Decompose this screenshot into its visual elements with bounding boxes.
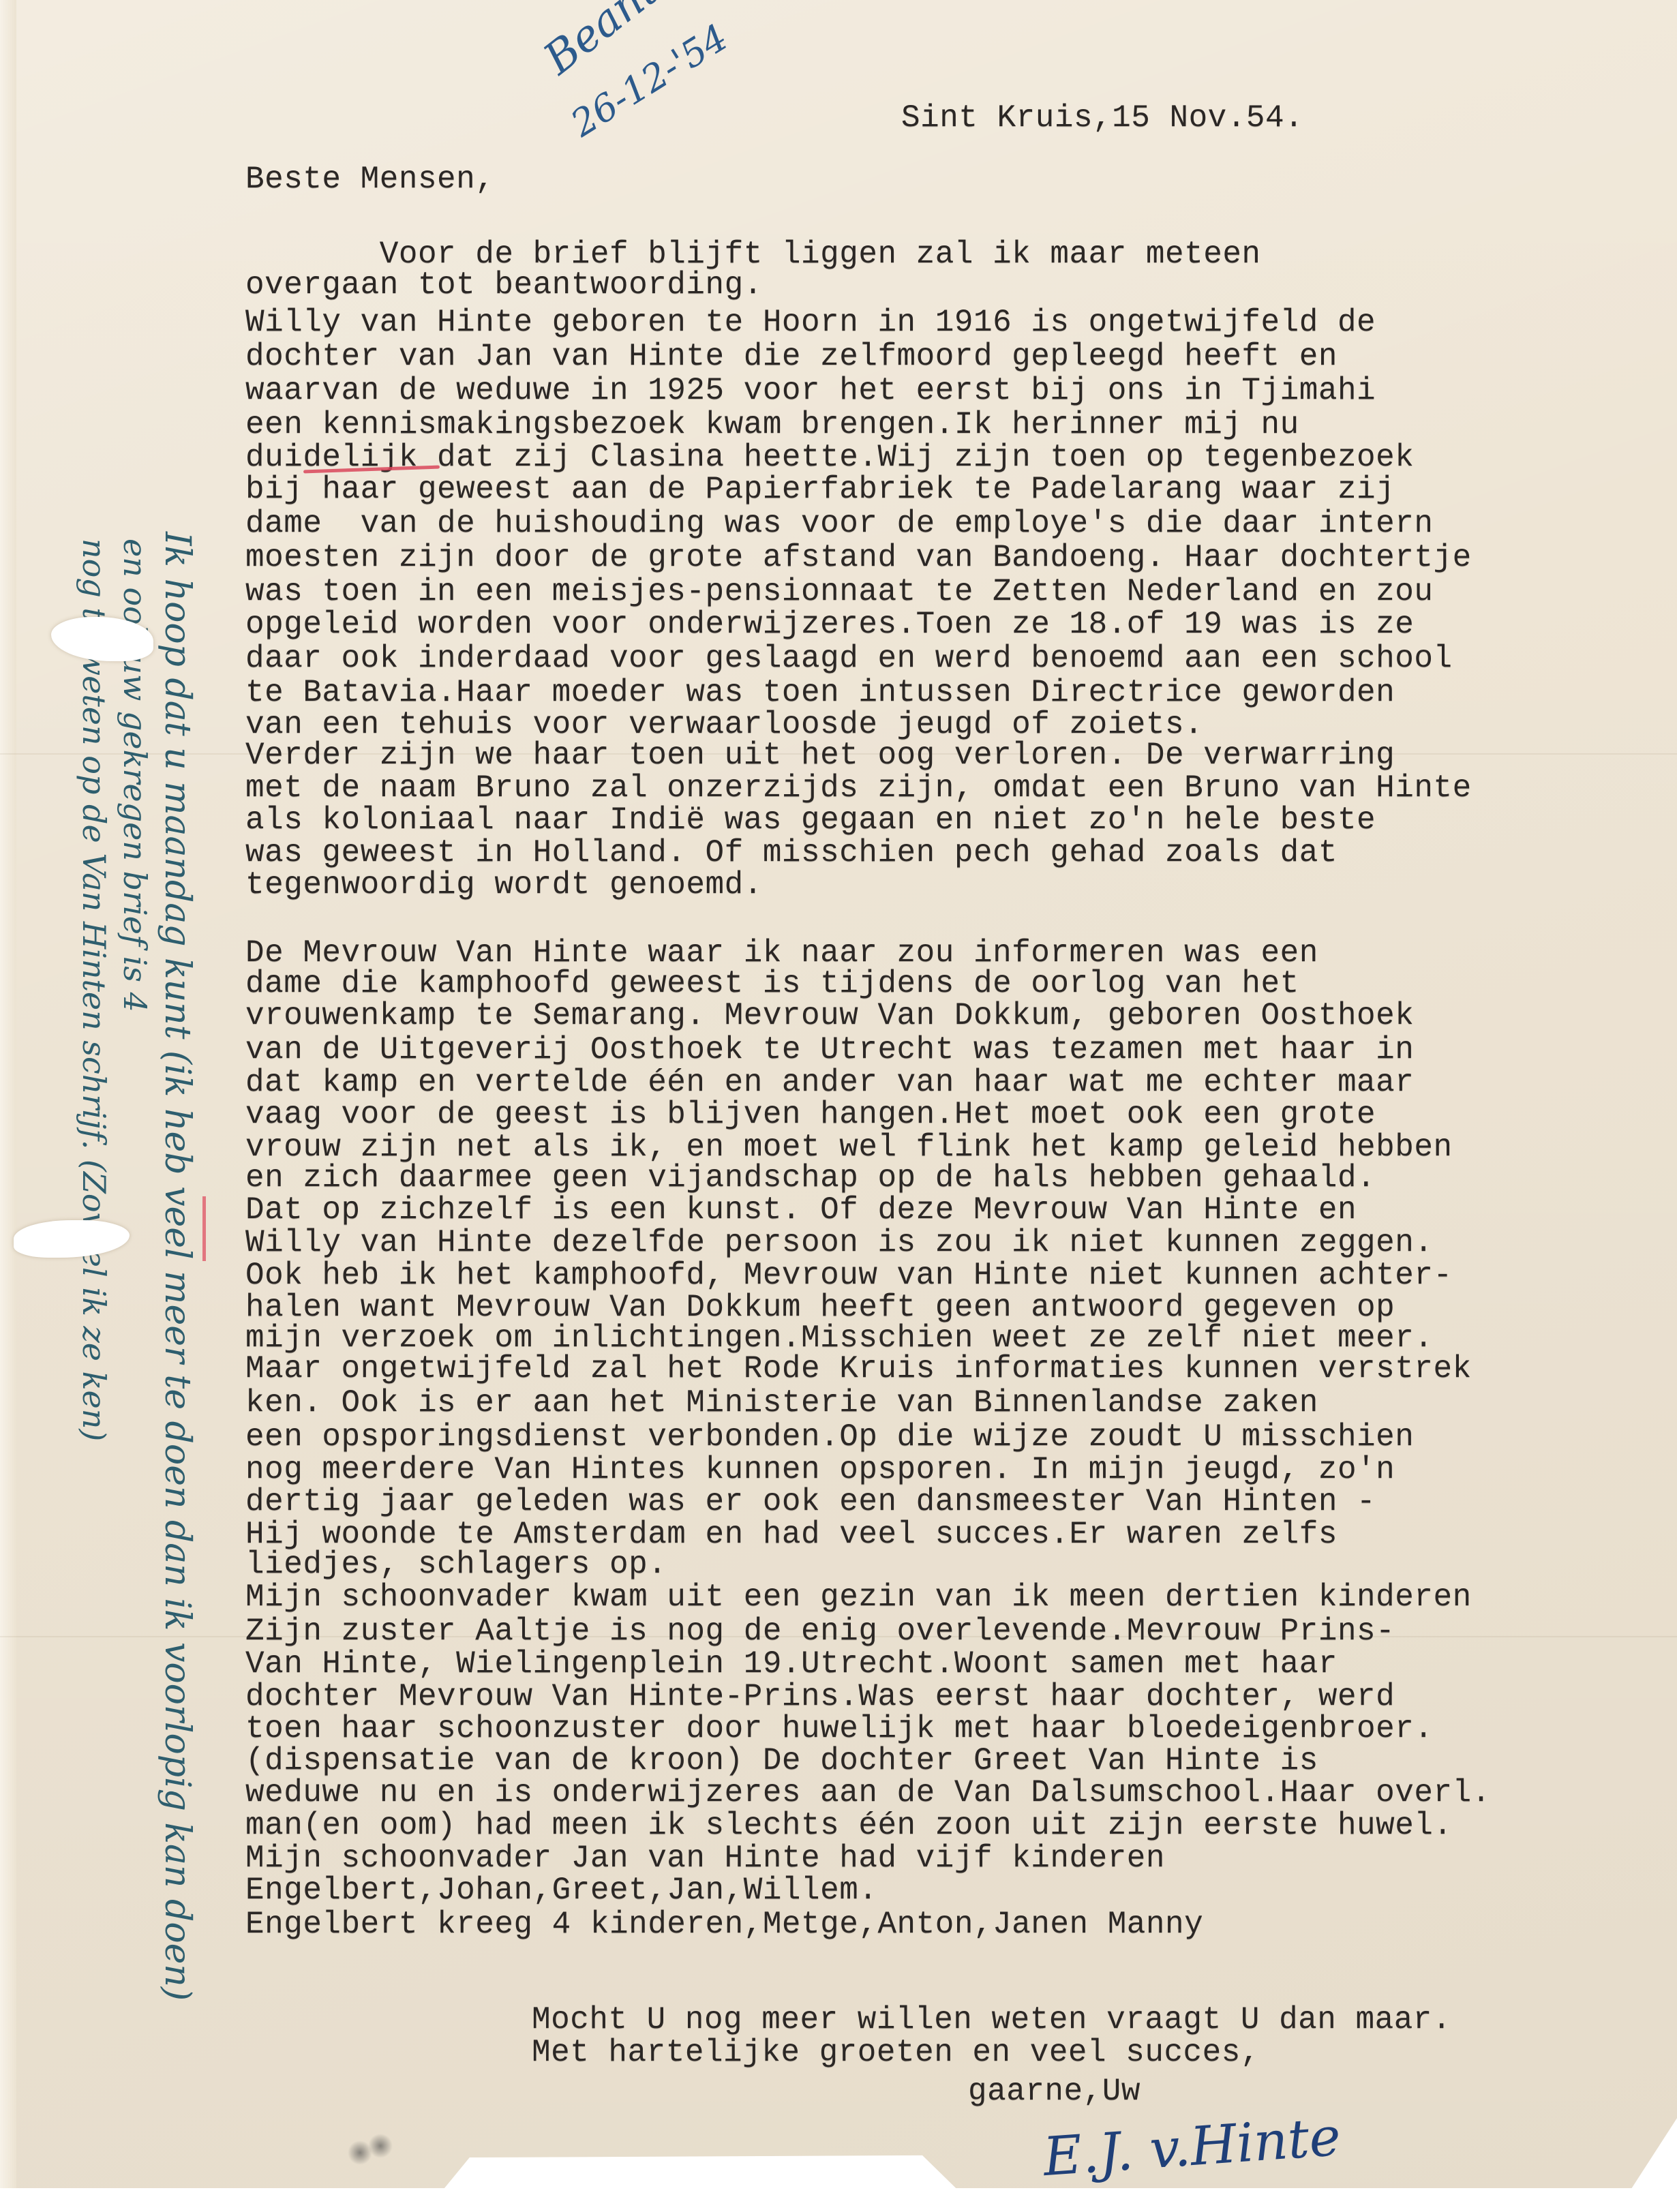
body-line: dame die kamphoofd geweest is tijdens de… xyxy=(245,968,1299,999)
paper-edge xyxy=(0,0,16,2188)
body-line: tegenwoordig wordt genoemd. xyxy=(245,869,763,900)
body-line: weduwe nu en is onderwijzeres aan de Van… xyxy=(245,1777,1491,1808)
ink-smudge xyxy=(368,2134,393,2158)
body-line: vrouwenkamp te Semarang. Mevrouw Van Dok… xyxy=(245,1000,1414,1031)
body-line: ken. Ook is er aan het Ministerie van Bi… xyxy=(245,1387,1318,1419)
body-line: Zijn zuster Aaltje is nog de enig overle… xyxy=(245,1616,1395,1647)
closing-line: Met hartelijke groeten en veel succes, xyxy=(532,2037,1260,2068)
body-line: Voor de brief blijft liggen zal ik maar … xyxy=(245,239,1261,270)
body-line: liedjes, schlagers op. xyxy=(245,1549,667,1580)
letter-paper: Beantwoord 26-12-'54 Sint Kruis,15 Nov.5… xyxy=(0,0,1677,2188)
body-line: Mijn schoonvader kwam uit een gezin van … xyxy=(245,1581,1472,1613)
body-line: met de naam Bruno zal onzerzijds zijn, o… xyxy=(245,772,1472,804)
body-line: een kennismakingsbezoek kwam brengen.Ik … xyxy=(245,409,1299,440)
body-line: Engelbert,Johan,Greet,Jan,Willem. xyxy=(245,1875,877,1906)
body-line: daar ook inderdaad voor geslaagd en werd… xyxy=(245,643,1453,674)
body-line: Verder zijn we haar toen uit het oog ver… xyxy=(245,740,1395,771)
body-line: Ook heb ik het kamphoofd, Mevrouw van Hi… xyxy=(245,1260,1453,1291)
body-line: vaag voor de geest is blijven hangen.Het… xyxy=(245,1099,1376,1130)
body-line: Engelbert kreeg 4 kinderen,Metge,Anton,J… xyxy=(245,1909,1203,1940)
body-line: nog meerdere Van Hintes kunnen opsporen.… xyxy=(245,1454,1395,1485)
margin-note-line: Ik hoop dat u maandag kunt (ik heb veel … xyxy=(157,532,198,2001)
body-line: dat kamp en vertelde één en ander van ha… xyxy=(245,1067,1414,1098)
salutation: Beste Mensen, xyxy=(245,164,494,195)
signature: E.J. v.Hinte xyxy=(1041,2106,1342,2188)
body-line: De Mevrouw Van Hinte waar ik naar zou in… xyxy=(245,937,1318,969)
closing-line: Mocht U nog meer willen weten vraagt U d… xyxy=(532,2004,1451,2035)
body-line: als koloniaal naar Indië was gegaan en n… xyxy=(245,804,1376,836)
body-line: een opsporingsdienst verbonden.Op die wi… xyxy=(245,1421,1414,1453)
body-line: Hij woonde te Amsterdam en had veel succ… xyxy=(245,1519,1338,1550)
body-line: dame van de huishouding was voor de empl… xyxy=(245,508,1433,539)
body-line: halen want Mevrouw Van Dokkum heeft geen… xyxy=(245,1292,1395,1323)
body-line: was geweest in Holland. Of misschien pec… xyxy=(245,837,1338,868)
margin-note-line: nog te weten op de Van Hinten schrijf. (… xyxy=(76,539,112,1441)
body-line: waarvan de weduwe in 1925 voor het eerst… xyxy=(245,375,1376,406)
body-line: dertig jaar geleden was er ook een dansm… xyxy=(245,1486,1376,1517)
body-line: toen haar schoonzuster door huwelijk met… xyxy=(245,1713,1433,1744)
body-line: en zich daarmee geen vijandschap op de h… xyxy=(245,1162,1376,1194)
body-line: bij haar geweest aan de Papierfabriek te… xyxy=(245,474,1395,505)
body-line: (dispensatie van de kroon) De dochter Gr… xyxy=(245,1745,1318,1776)
body-line: mijn verzoek om inlichtingen.Misschien w… xyxy=(245,1322,1433,1354)
body-line: opgeleid worden voor onderwijzeres.Toen … xyxy=(245,609,1414,640)
body-line: man(en oom) had meen ik slechts één zoon… xyxy=(245,1810,1453,1841)
body-line: overgaan tot beantwoording. xyxy=(245,269,763,301)
body-line: Maar ongetwijfeld zal het Rode Kruis inf… xyxy=(245,1353,1472,1384)
body-line: Van Hinte, Wielingenplein 19.Utrecht.Woo… xyxy=(245,1648,1338,1680)
body-line: Willy van Hinte geboren te Hoorn in 1916… xyxy=(245,307,1376,338)
body-line: was toen in een meisjes-pensionnaat te Z… xyxy=(245,576,1433,607)
body-line: dochter Mevrouw Van Hinte-Prins.Was eers… xyxy=(245,1681,1395,1712)
body-line: van de Uitgeverij Oosthoek te Utrecht wa… xyxy=(245,1034,1414,1065)
body-line: van een tehuis voor verwaarloosde jeugd … xyxy=(245,709,1203,740)
red-margin-mark xyxy=(202,1196,206,1261)
body-line: dochter van Jan van Hinte die zelfmoord … xyxy=(245,341,1338,372)
closing-line: gaarne,Uw xyxy=(968,2076,1140,2107)
body-line: Willy van Hinte dezelfde persoon is zou … xyxy=(245,1227,1433,1258)
body-line: moesten zijn door de grote afstand van B… xyxy=(245,542,1472,573)
place-date: Sint Kruis,15 Nov.54. xyxy=(901,102,1303,134)
body-line: Dat op zichzelf is een kunst. Of deze Me… xyxy=(245,1194,1357,1226)
body-line: te Batavia.Haar moeder was toen intussen… xyxy=(245,677,1395,708)
margin-note-line: en ook uw gekregen brief is 4 xyxy=(117,539,153,1012)
body-line: Mijn schoonvader Jan van Hinte had vijf … xyxy=(245,1843,1165,1874)
body-line: vrouw zijn net als ik, en moet wel flink… xyxy=(245,1132,1453,1163)
